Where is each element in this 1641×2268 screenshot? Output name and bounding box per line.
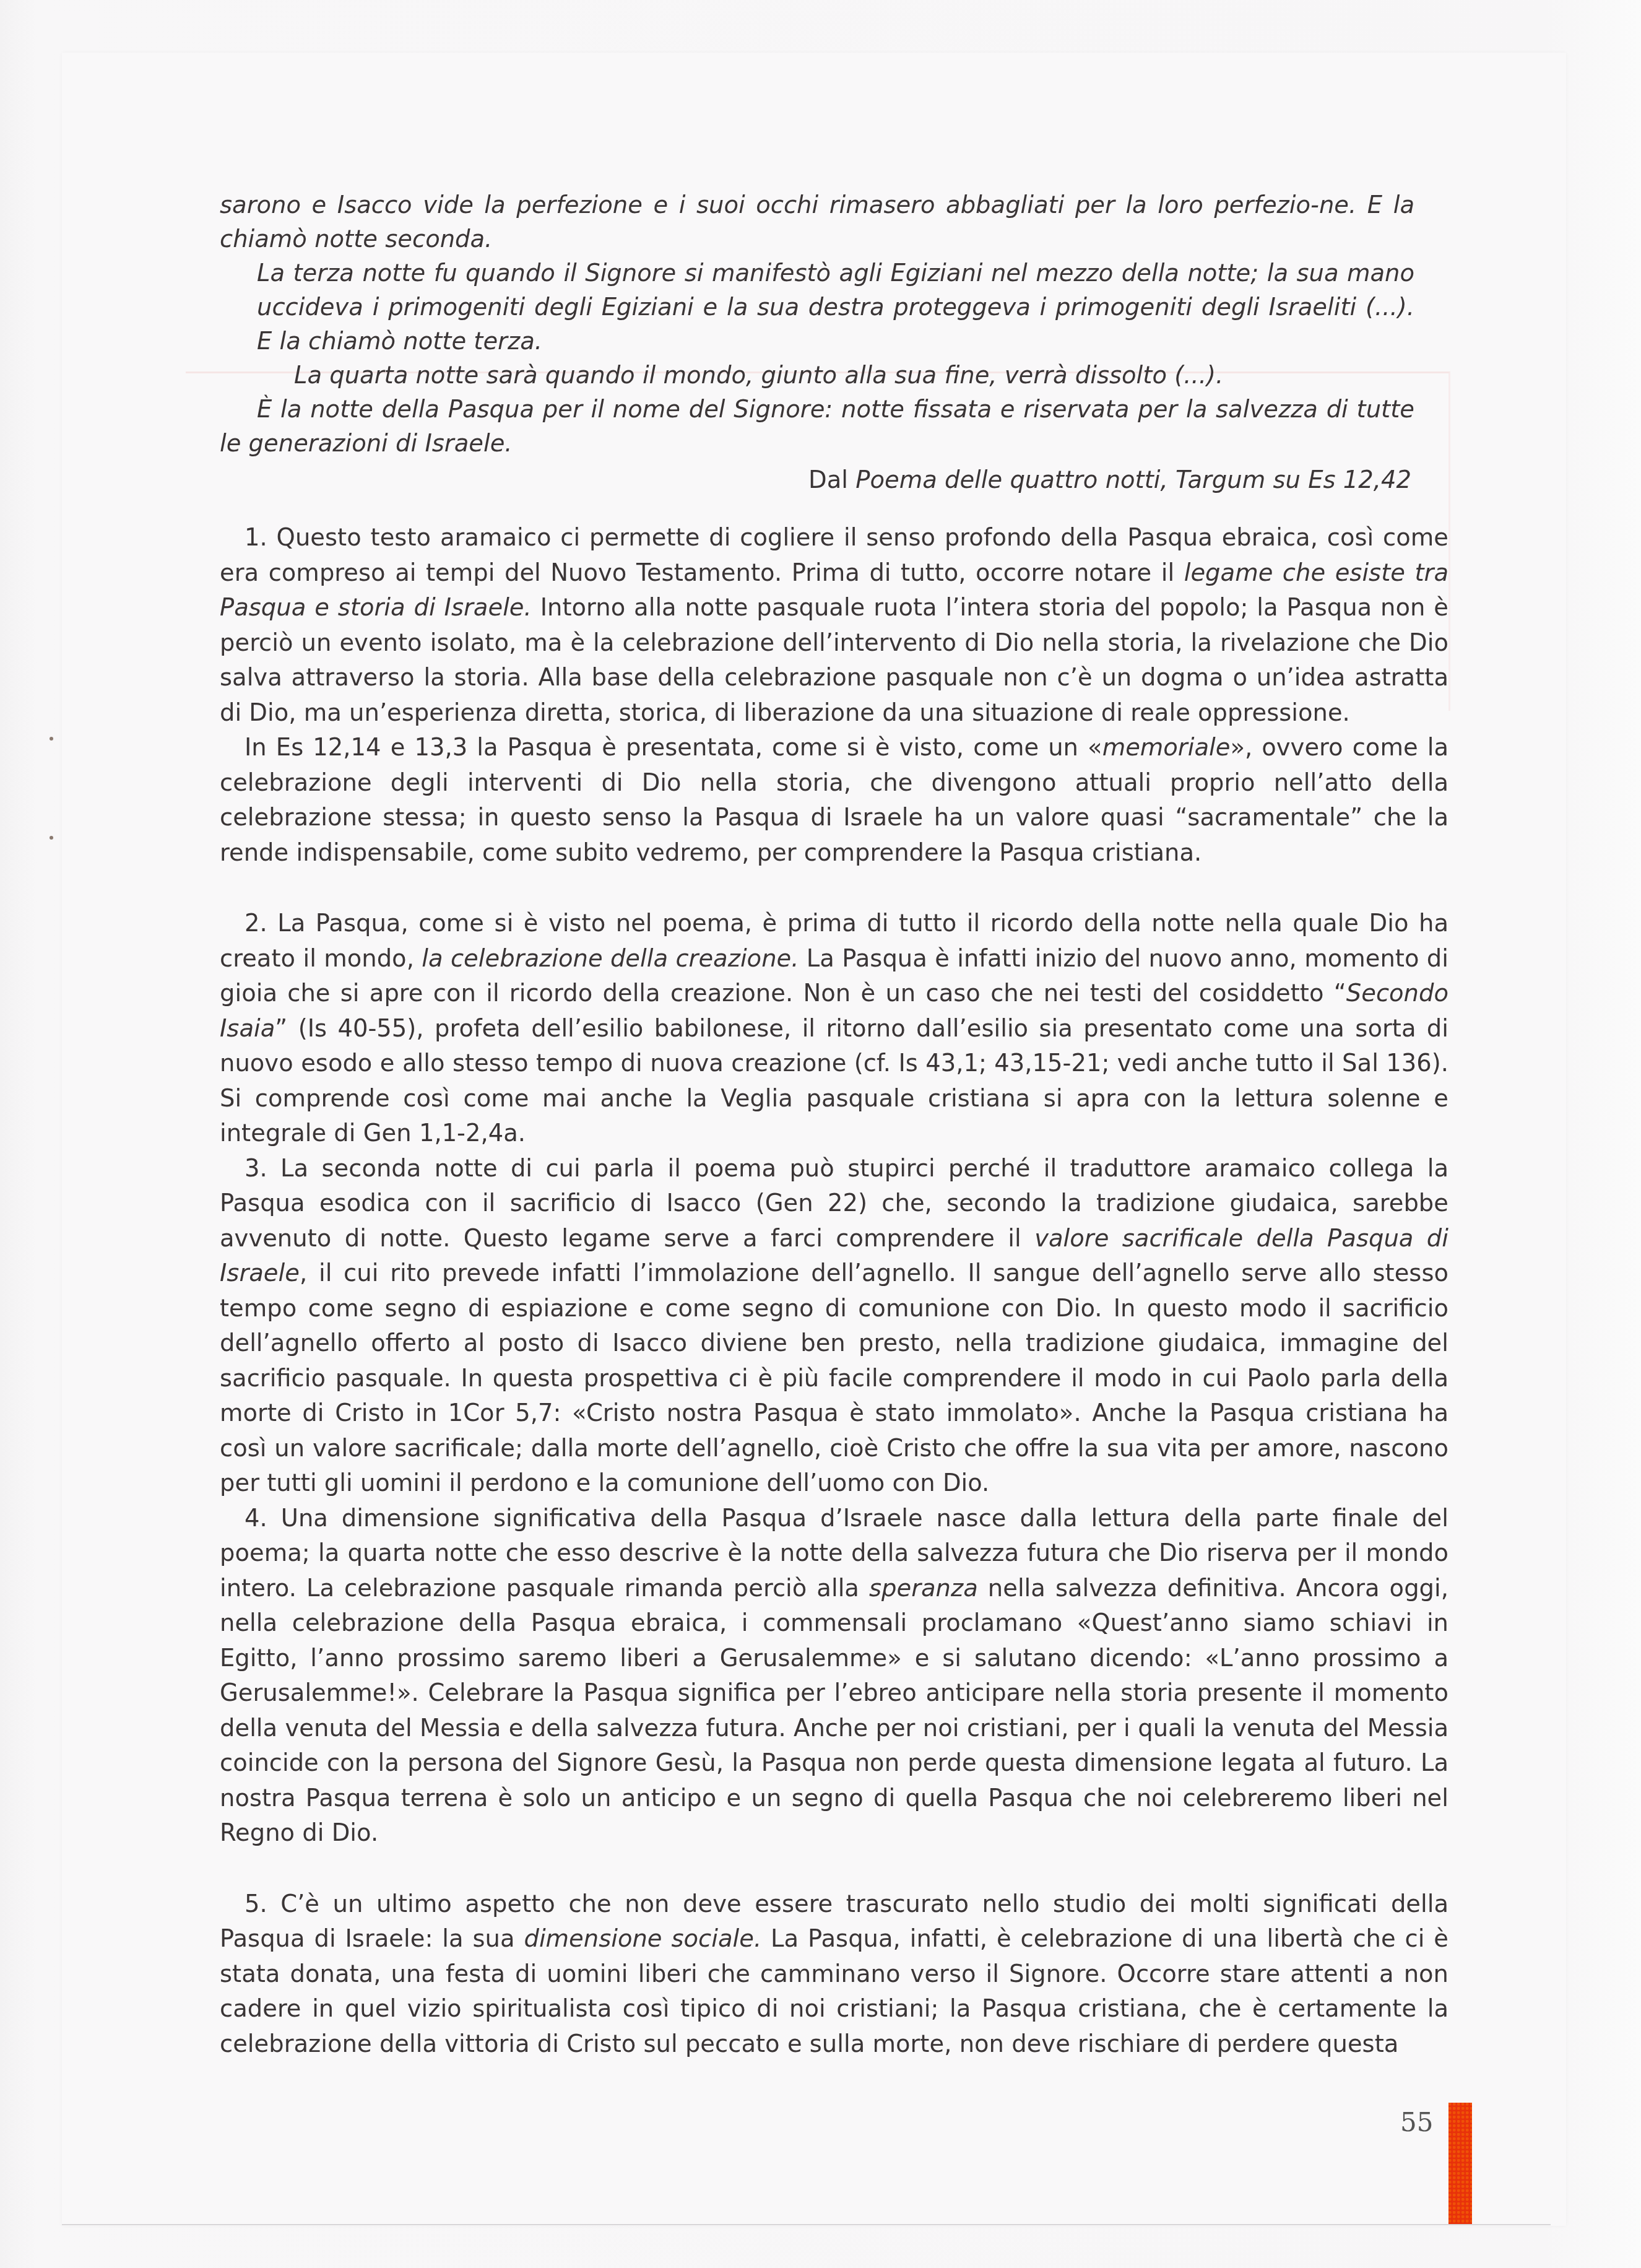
- poem-stanza: La terza notte fu quando il Signore si m…: [220, 256, 1414, 358]
- emphasis-text: memoriale: [1102, 734, 1231, 762]
- paragraph-text: , il cui rito prevede infatti l’immolazi…: [220, 1259, 1448, 1497]
- scan-speck: [50, 836, 53, 840]
- page-accent-tab: [1448, 2103, 1472, 2224]
- paragraph-text: In Es 12,14 e 13,3 la Pasqua è presentat…: [245, 734, 1102, 762]
- paragraph-text: nella salvezza definitiva. Ancora oggi, …: [220, 1575, 1448, 1848]
- page-number: 55: [1400, 2107, 1433, 2137]
- section-1-paragraph: 1. Questo testo aramaico ci permette di …: [220, 521, 1448, 731]
- section-4-paragraph: 4. Una dimensione significativa della Pa…: [220, 1501, 1448, 1851]
- emphasis-text: dimensione sociale.: [524, 1925, 761, 1953]
- section-2-paragraph: 2. La Pasqua, come si è visto nel poema,…: [220, 906, 1448, 1152]
- scan-speck: [50, 737, 53, 741]
- section-3-paragraph: 3. La seconda notte di cui parla il poem…: [220, 1152, 1448, 1501]
- poem-quote: sarono e Isacco vide la perfezione e i s…: [257, 188, 1414, 461]
- text-column: sarono e Isacco vide la perfezione e i s…: [220, 188, 1448, 2062]
- paragraph-text: ” (Is 40-55), profeta dell’esilio babilo…: [220, 1015, 1448, 1148]
- page-bottom-edge: [62, 2224, 1551, 2225]
- poem-source-citation: Dal Poema delle quattro notti, Targum su…: [220, 463, 1411, 497]
- source-prefix: Dal: [808, 466, 855, 494]
- poem-stanza: È la notte della Pasqua per il nome del …: [220, 393, 1414, 461]
- body-text: 1. Questo testo aramaico ci permette di …: [220, 521, 1448, 2062]
- section-5-paragraph: 5. C’è un ultimo aspetto che non deve es…: [220, 1887, 1448, 2062]
- section-1-paragraph: In Es 12,14 e 13,3 la Pasqua è presentat…: [220, 731, 1448, 871]
- source-title: Poema delle quattro notti, Targum su Es …: [855, 466, 1411, 494]
- poem-stanza: sarono e Isacco vide la perfezione e i s…: [220, 188, 1414, 256]
- poem-stanza: La quarta notte sarà quando il mondo, gi…: [257, 358, 1414, 393]
- emphasis-text: la celebrazione della creazione.: [422, 945, 799, 973]
- emphasis-text: speranza: [869, 1575, 978, 1602]
